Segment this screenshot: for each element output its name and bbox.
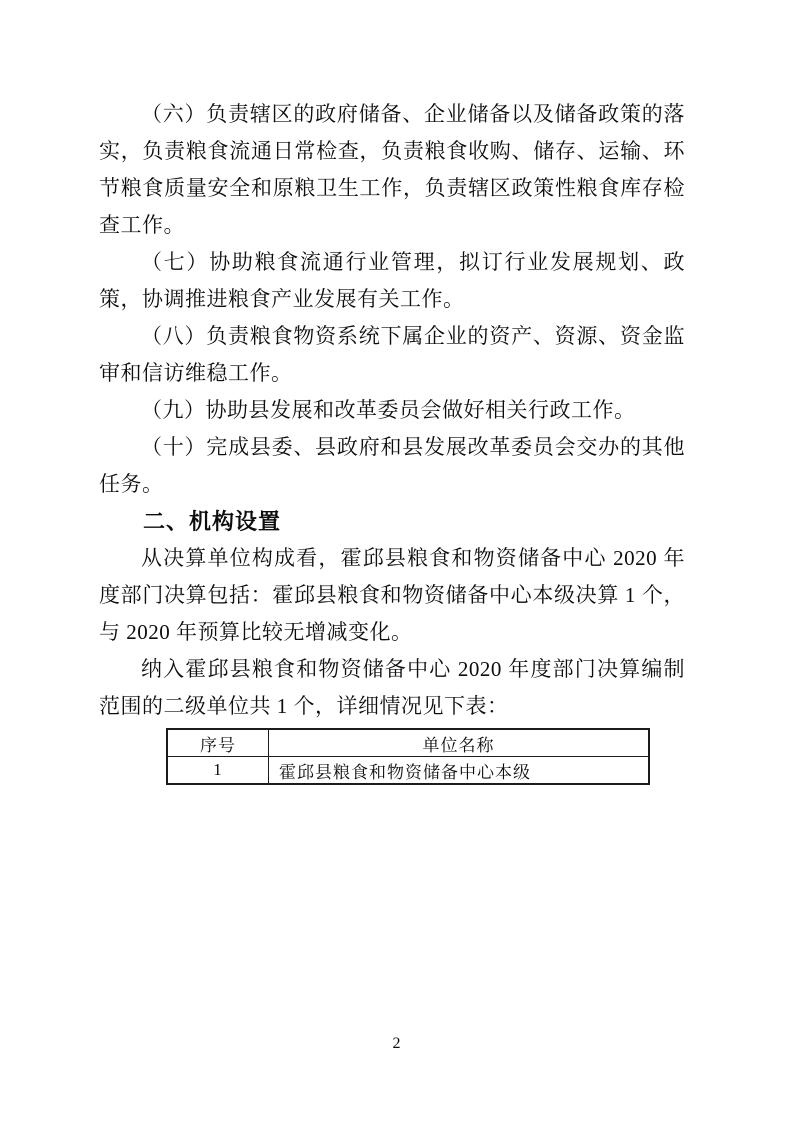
paragraph-item-9: （九）协助县发展和改革委员会做好相关行政工作。: [99, 392, 685, 429]
subordinate-units-table: 序号 单位名称 1 霍邱县粮食和物资储备中心本级: [166, 728, 650, 785]
paragraph-item-7: （七）协助粮食流通行业管理，拟订行业发展规划、政策，协调推进粮食产业发展有关工作…: [99, 244, 685, 318]
section-heading-organization: 二、机构设置: [99, 503, 685, 540]
table-header-row: 序号 单位名称: [167, 729, 649, 757]
paragraph-item-10: （十）完成县委、县政府和县发展改革委员会交办的其他任务。: [99, 429, 685, 503]
table-cell-unit-name: 霍邱县粮食和物资储备中心本级: [269, 757, 650, 785]
document-content: （六）负责辖区的政府储备、企业储备以及储备政策的落实，负责粮食流通日常检查，负责…: [99, 96, 685, 785]
page-number: 2: [0, 1033, 793, 1055]
paragraph-org-scope: 纳入霍邱县粮食和物资储备中心 2020 年度部门决算编制范围的二级单位共 1 个…: [99, 651, 685, 725]
table-cell-index: 1: [167, 757, 269, 785]
paragraph-item-8: （八）负责粮食物资系统下属企业的资产、资源、资金监审和信访维稳工作。: [99, 318, 685, 392]
paragraph-org-overview: 从决算单位构成看，霍邱县粮食和物资储备中心 2020 年度部门决算包括：霍邱县粮…: [99, 540, 685, 651]
table-header-index: 序号: [167, 729, 269, 757]
document-page: （六）负责辖区的政府储备、企业储备以及储备政策的落实，负责粮食流通日常检查，负责…: [0, 0, 793, 1122]
paragraph-item-6: （六）负责辖区的政府储备、企业储备以及储备政策的落实，负责粮食流通日常检查，负责…: [99, 96, 685, 244]
table-row: 1 霍邱县粮食和物资储备中心本级: [167, 757, 649, 785]
table-header-unit-name: 单位名称: [269, 729, 650, 757]
